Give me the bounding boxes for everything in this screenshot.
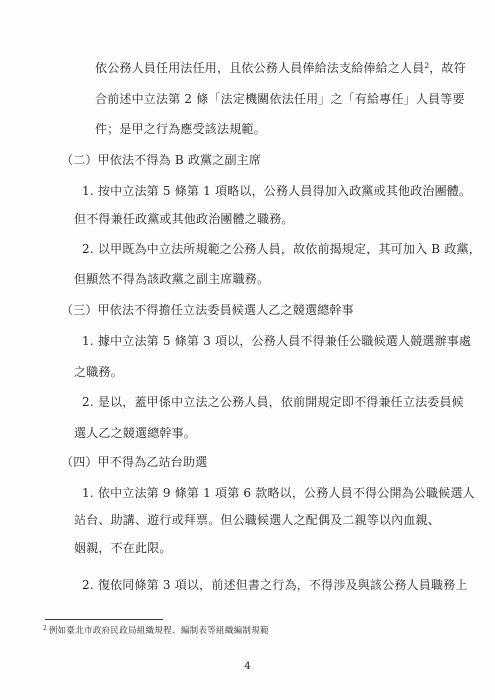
section-heading: （四）甲不得為乙站台助選 [61,455,207,470]
list-item-wrap: 選人乙之競選總幹事。 [74,426,196,441]
body-line: 件；是甲之行為應受該法規範。 [95,122,266,137]
page-number: 4 [0,660,495,672]
footnote-text: 例如臺北市政府民政局組織規程、編制表等組織編制規範 [49,626,269,636]
list-item-wrap: 之職務。 [74,365,123,380]
body-line: 依公務人員任用法任用，且依公務人員俸給法支給俸給之人員2，故符 [95,61,466,76]
section-heading: （三）甲依法不得擔任立法委員候選人乙之競選總幹事 [61,303,354,318]
footnote-reference: 2 [424,61,429,70]
list-item: 1. 據中立法第 5 條第 3 項以，公務人員不得兼任公職候選人競選辦事處 [82,334,471,349]
list-item: 1. 依中立法第 9 條第 1 項第 6 款略以，公務人員不得公開為公職候選人 [82,486,475,501]
footnote-marker: 2 [43,625,47,632]
list-item-wrap: 但不得兼任政黨或其他政治團體之職務。 [74,212,294,227]
footnote: 2例如臺北市政府民政局組織規程、編制表等組織編制規範 [43,625,269,637]
list-item: 2. 以甲既為中立法所規範之公務人員，故依前揭規定，其可加入 B 政黨， [82,242,481,257]
list-item-wrap: 姻親，不在此限。 [74,541,172,556]
document-page: 依公務人員任用法任用，且依公務人員俸給法支給俸給之人員2，故符 合前述中立法第 … [0,0,495,700]
section-heading: （二）甲依法不得為 B 政黨之副主席 [61,153,261,168]
list-item-wrap: 站台、助講、遊行或拜票。但公職候選人之配偶及二親等以內血親、 [74,513,440,528]
list-item: 2. 復依同條第 3 項以，前述但書之行為，不得涉及與該公務人員職務上 [82,578,468,593]
line-text: 依公務人員任用法任用，且依公務人員俸給法支給俸給之人員 [95,61,424,75]
list-item: 1. 按中立法第 5 條第 1 項略以，公務人員得加入政黨或其他政治團體。 [82,184,471,199]
list-item: 2. 是以，蓋甲係中立法之公務人員，依前開規定即不得兼任立法委員候 [82,395,464,410]
list-item-wrap: 但顯然不得為該政黨之副主席職務。 [74,272,269,287]
body-line: 合前述中立法第 2 條「法定機關依法任用」之「有給專任」人員等要 [95,92,465,107]
footnote-divider [45,619,163,620]
line-text: ，故符 [429,61,466,75]
